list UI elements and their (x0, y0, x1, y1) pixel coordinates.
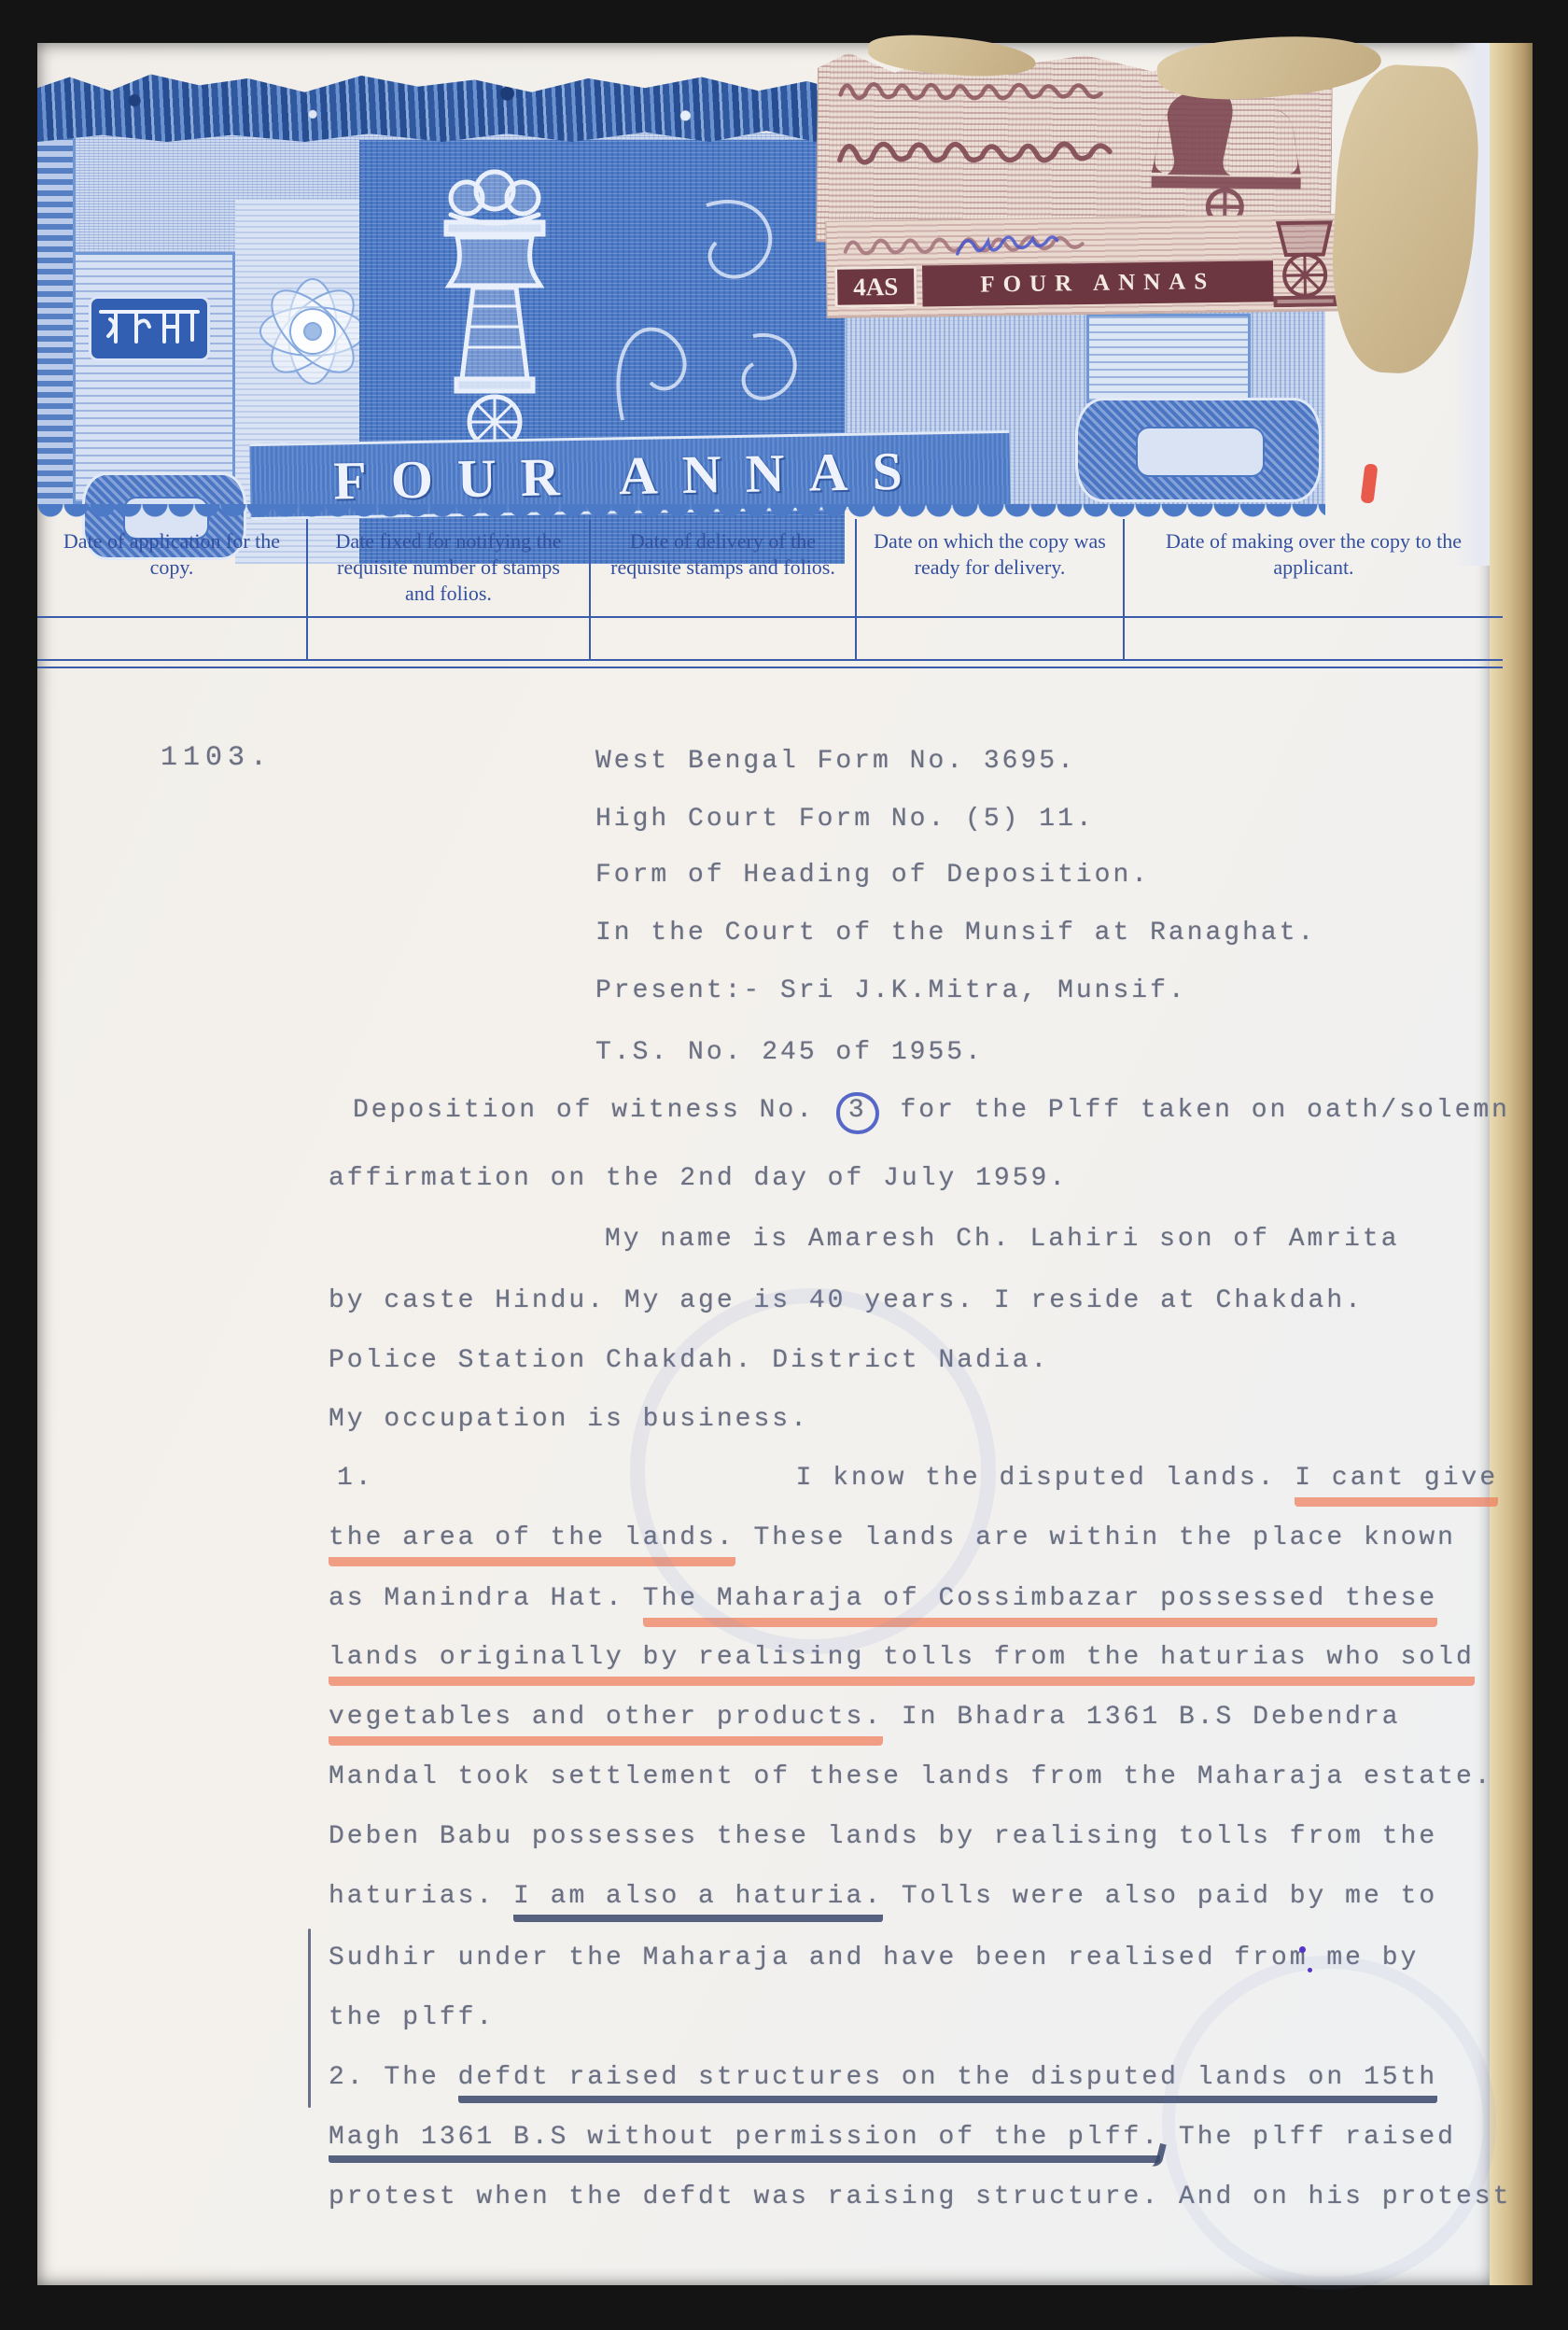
form-line: West Bengal Form No. 3695. (595, 747, 1076, 776)
form-line: In the Court of the Munsif at Ranaghat. (595, 919, 1316, 947)
form-line: Present:- Sri J.K.Mitra, Munsif. (595, 976, 1187, 1005)
typed-segment: In Bhadra 1361 B.S Debendra (883, 1703, 1400, 1732)
typed-line: Mandal took settlement of these lands fr… (329, 1762, 1493, 1791)
typed-segment: Deben Babu possesses these lands by real… (329, 1822, 1437, 1851)
faint-court-seal (630, 1288, 996, 1654)
typed-line: lands originally by realising tolls from… (329, 1643, 1475, 1672)
typed-segment: Magh 1361 B.S without permission of the … (329, 2123, 1160, 2163)
typed-segment: 1. (337, 1464, 374, 1493)
typed-segment: the plff. (329, 2003, 495, 2032)
form-line: Form of Heading of Deposition. (595, 861, 1150, 890)
typed-segment: vegetables and other products. (329, 1703, 883, 1746)
typed-segment: as Manindra Hat. (329, 1584, 643, 1613)
typed-line: vegetables and other products. In Bhadra… (329, 1703, 1401, 1732)
typed-line: haturias. I am also a haturia. Tolls wer… (329, 1882, 1437, 1911)
typed-segment: lands originally by realising tolls from… (329, 1643, 1475, 1686)
typed-line: My name is Amaresh Ch. Lahiri son of Amr… (605, 1225, 1400, 1254)
typed-segment: Sudhir under the Maharaja and have been … (329, 1944, 1419, 1972)
circled-witness-number: 3 (836, 1092, 879, 1134)
typed-segment: haturias. (329, 1882, 513, 1911)
typed-line: affirmation on the 2nd day of July 1959. (329, 1164, 1068, 1193)
ink-speck (1299, 1946, 1306, 1953)
form-line: T.S. No. 245 of 1955. (595, 1038, 984, 1067)
typed-segment: My name is Amaresh Ch. Lahiri son of Amr… (605, 1225, 1400, 1254)
typed-segment: Deposition of witness No. (353, 1096, 833, 1125)
typed-segment: I am also a haturia. (513, 1882, 883, 1922)
typed-line: Sudhir under the Maharaja and have been … (329, 1944, 1419, 1972)
form-line: High Court Form No. (5) 11. (595, 805, 1095, 834)
typed-line: Deben Babu possesses these lands by real… (329, 1822, 1437, 1851)
typed-line: the plff. (329, 2003, 495, 2032)
scanned-document-photo: FOUR ANNAS (0, 0, 1568, 2330)
typed-line: Deposition of witness No. 3 for the Plff… (353, 1092, 1510, 1134)
serial-number: 1103. (161, 742, 273, 774)
typed-segment: Mandal took settlement of these lands fr… (329, 1762, 1493, 1791)
typed-segment: I cant give (1295, 1464, 1498, 1507)
typed-segment: 2. The (329, 2063, 458, 2092)
typed-segment: affirmation on the 2nd day of July 1959. (329, 1164, 1068, 1193)
typed-segment: for the Plff taken on oath/solemn (882, 1096, 1510, 1125)
faint-court-seal (1162, 1956, 1496, 2290)
margin-pencil-line (308, 1929, 311, 2108)
typed-segment: Tolls were also paid by me to (883, 1882, 1437, 1911)
ink-speck (1308, 1968, 1312, 1972)
